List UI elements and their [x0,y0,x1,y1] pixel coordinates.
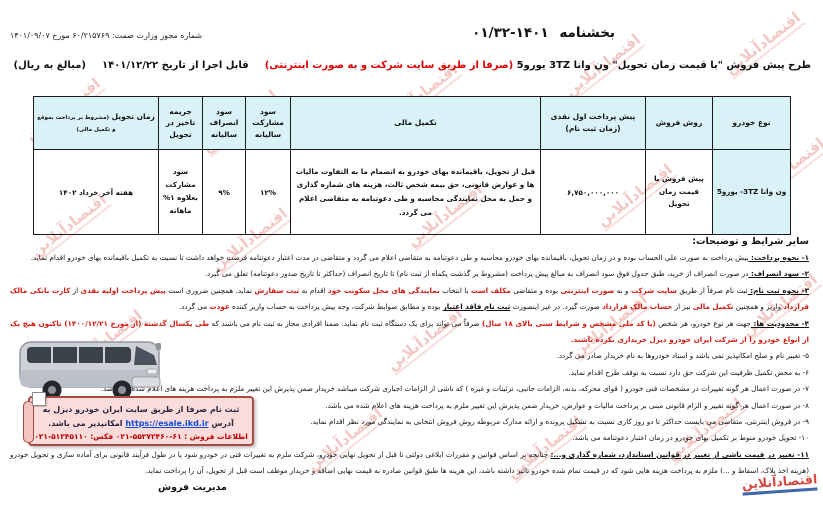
col-header-sale-method: روش فروش [646,97,713,150]
sales-phone-line: اطلاعات فروش : ۰۲۱-۵۵۲۷۲۴۶۰-۶۱ فکس: ۰۲۱-… [30,432,252,441]
ministry-permit-number: شماره مجوز وزارت صمت: ۶۰/۲۱۵۷۶۹ مورخ ۱۴۰… [10,31,202,40]
bulletin-word: بخشنامه [559,25,615,41]
registration-info-box: ثبت نام صرفا از طریق سایت ایران خودرو دی… [28,396,254,446]
registration-note-line1: ثبت نام صرفا از طریق سایت ایران خودرو دی… [30,403,252,417]
col-header-delivery-time: زمان تحویل (مشروط بر پرداخت بموقع و تکمی… [34,97,159,150]
eghtesad-online-logo: اقتصادآنلاین [741,471,818,495]
col-header-cancellation-interest: سود انصراف سالیانه [203,97,246,150]
sales-management-signature: مدیریت فروش [158,482,227,493]
registration-note-line2: آدرس https://esale.ikd.ir امکانپذیر می ب… [30,417,252,431]
cell-financial-completion: قبل از تحویل، باقیمانده بهای خودرو به ان… [291,150,541,235]
bulletin-number: ۰۱/۳۲-۱۴۰۱ [472,25,548,41]
col-header-financial-completion: تکمیل مالی [291,97,541,150]
phone-number: ۰۲۱-۵۵۲۷۲۴۶۰-۶۱ [116,432,182,441]
cell-cancellation-interest: ۹% [203,150,246,235]
cell-delay-penalty: سود مشارکت بعلاوه ۱% ماهانه [159,150,203,235]
address-label: آدرس [209,419,234,428]
cell-sale-method: پیش فروش با قیمت زمان تحویل [646,150,713,235]
table-header-row: نوع خودرو روش فروش پیش پرداخت اول نقدی (… [34,97,791,150]
plan-title: طرح پیش فروش "با قیمت زمان تحویل" ون وان… [4,60,811,71]
condition-item-11: ۱۱- تغییر در قیمت ناشی از تغییر در قوانی… [10,447,809,480]
delivery-header-sub: (مشروط بر پرداخت بموقع و تکمیل مالی) [37,115,115,133]
cell-participation-interest: ۱۲% [246,150,291,235]
fax-label: فکس: [88,432,116,441]
condition-item-3: ۳- نحوه ثبت نام: ثبت نام صرفاً از طریق س… [10,283,809,316]
phone-label: اطلاعات فروش : [182,432,248,441]
address-suffix: امکانپذیر می باشد. [48,419,125,428]
delivery-header-main: زمان تحویل [109,112,155,121]
cell-down-payment: ۶,۷۵۰,۰۰۰,۰۰۰ [541,150,646,235]
bulletin-page: اقتصادآنلاین اقتصادآنلاین اقتصادآنلاین ا… [0,0,823,506]
cell-delivery-time: هفته آخر خرداد ۱۴۰۲ [34,150,159,235]
table-row: ون وانا 3TZ- یورو5 پیش فروش با قیمت زمان… [34,150,791,235]
conditions-heading: سایر شرایط و توضیحات: [10,236,809,247]
page-curl-icon [32,392,46,406]
col-header-down-payment: پیش پرداخت اول نقدی (زمان ثبت نام) [541,97,646,150]
condition-item-2: ۲- سود انصراف: در صورت انصراف از خرید، ط… [10,266,809,282]
presale-table: نوع خودرو روش فروش پیش پرداخت اول نقدی (… [33,96,791,235]
cell-vehicle-type: ون وانا 3TZ- یورو5 [713,150,791,235]
esale-link[interactable]: https://esale.ikd.ir [125,417,208,431]
col-header-delay-penalty: جریمه تاخیر در تحویل [159,97,203,150]
col-header-participation-interest: سود مشارکت سالیانه [246,97,291,150]
condition-item-1: ۱- نحوه پرداخت: پیش پرداخت به صورت علی ا… [10,250,809,266]
fax-number: ۰۲۱-۵۱۲۴۵۱۱۰ [34,432,87,441]
col-header-vehicle-type: نوع خودرو [713,97,791,150]
bulletin-title: بخشنامه ۰۱/۳۲-۱۴۰۱ [472,25,615,41]
